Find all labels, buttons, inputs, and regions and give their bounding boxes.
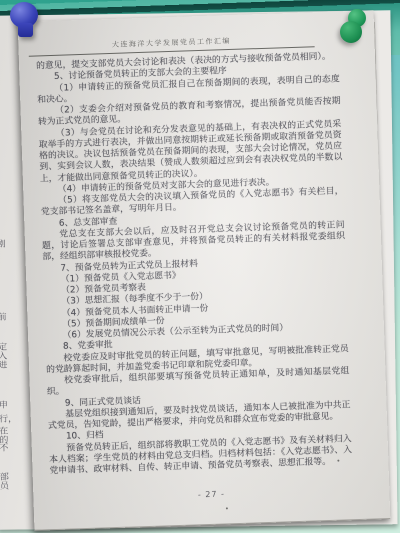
green-pin-head-bottom xyxy=(340,21,362,43)
page-number: - 27 - xyxy=(33,484,389,505)
blue-pin-body xyxy=(18,23,33,37)
underlying-page-fragment: 剧 xyxy=(0,240,10,251)
running-header-title: 大连海洋大学发展党员工作汇编 xyxy=(112,37,231,49)
underlying-page-fragment: 申 xyxy=(0,401,12,412)
underlying-page-fragment: 行， xyxy=(0,415,12,426)
document-paragraph: （3）与会党员在讨论和充分发表意见的基础上，有表决权的正式党员采取举手的方式进行… xyxy=(38,119,343,185)
underlying-page-fragment: 不 xyxy=(0,444,13,455)
document-body: 的意见，提交支部党员大会讨论和表决（表决的方式与接收预备党员相同）。5、讨论预备… xyxy=(36,51,353,477)
paper-speck xyxy=(337,460,339,462)
blue-push-pin-icon xyxy=(8,0,48,44)
underlying-page-fragment: 员 xyxy=(0,482,13,493)
green-push-pin-icon xyxy=(336,8,376,48)
document-page: 大连海洋大学发展党员工作汇编 的意见，提交支部党员大会讨论和表决（表决的方式与接… xyxy=(18,10,391,531)
underlying-page-fragment: 进 xyxy=(0,361,11,372)
paper-speck xyxy=(226,507,228,509)
underlying-page-fragment: 前 xyxy=(0,313,11,324)
running-header: 大连海洋大学发展党员工作汇编 xyxy=(28,25,315,56)
